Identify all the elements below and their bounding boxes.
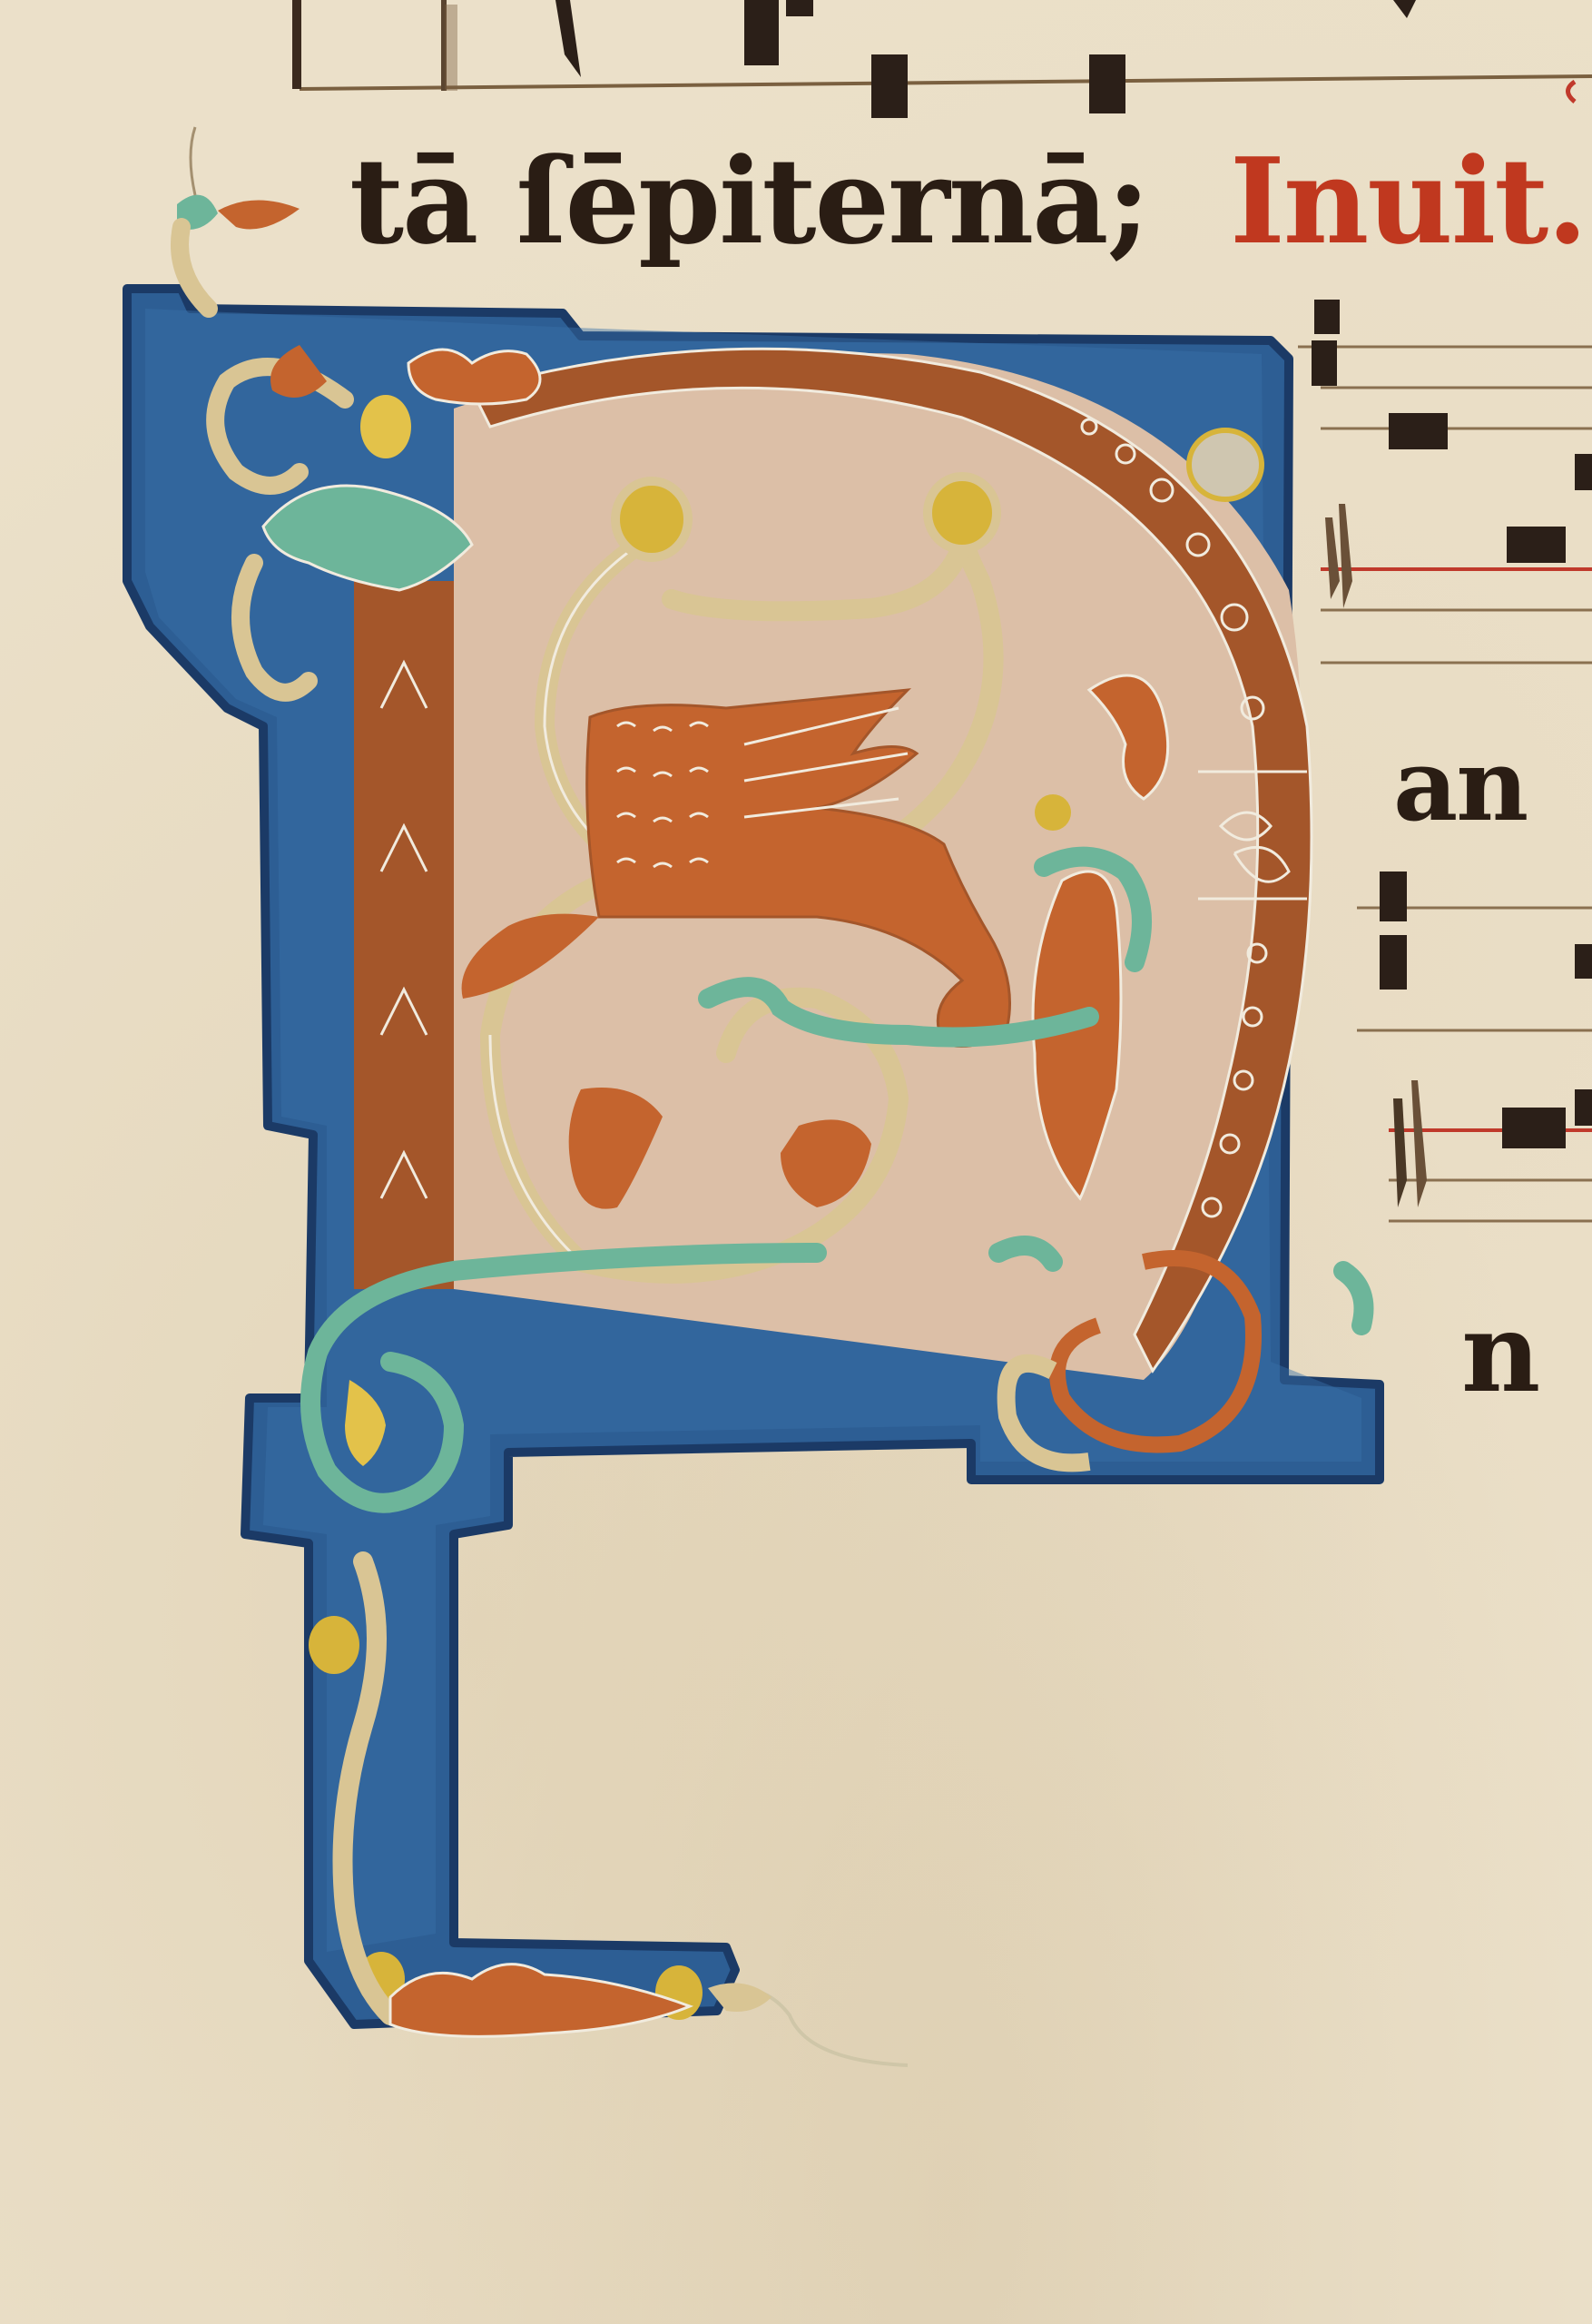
manuscript-artwork [0,0,1592,2324]
top-music-staff [292,0,1592,118]
lyric-text-black: tā ſēpiternā; [349,132,1148,271]
manuscript-page: tā ſēpiternā; Inuit. an n [0,0,1592,2324]
lyric-text-red-rubric: Inuit. [1230,132,1587,271]
initial-letter-p [127,127,1380,2065]
lyric-fragment-right-1: an [1393,726,1527,843]
lyric-fragment-right-2: n [1461,1289,1538,1417]
